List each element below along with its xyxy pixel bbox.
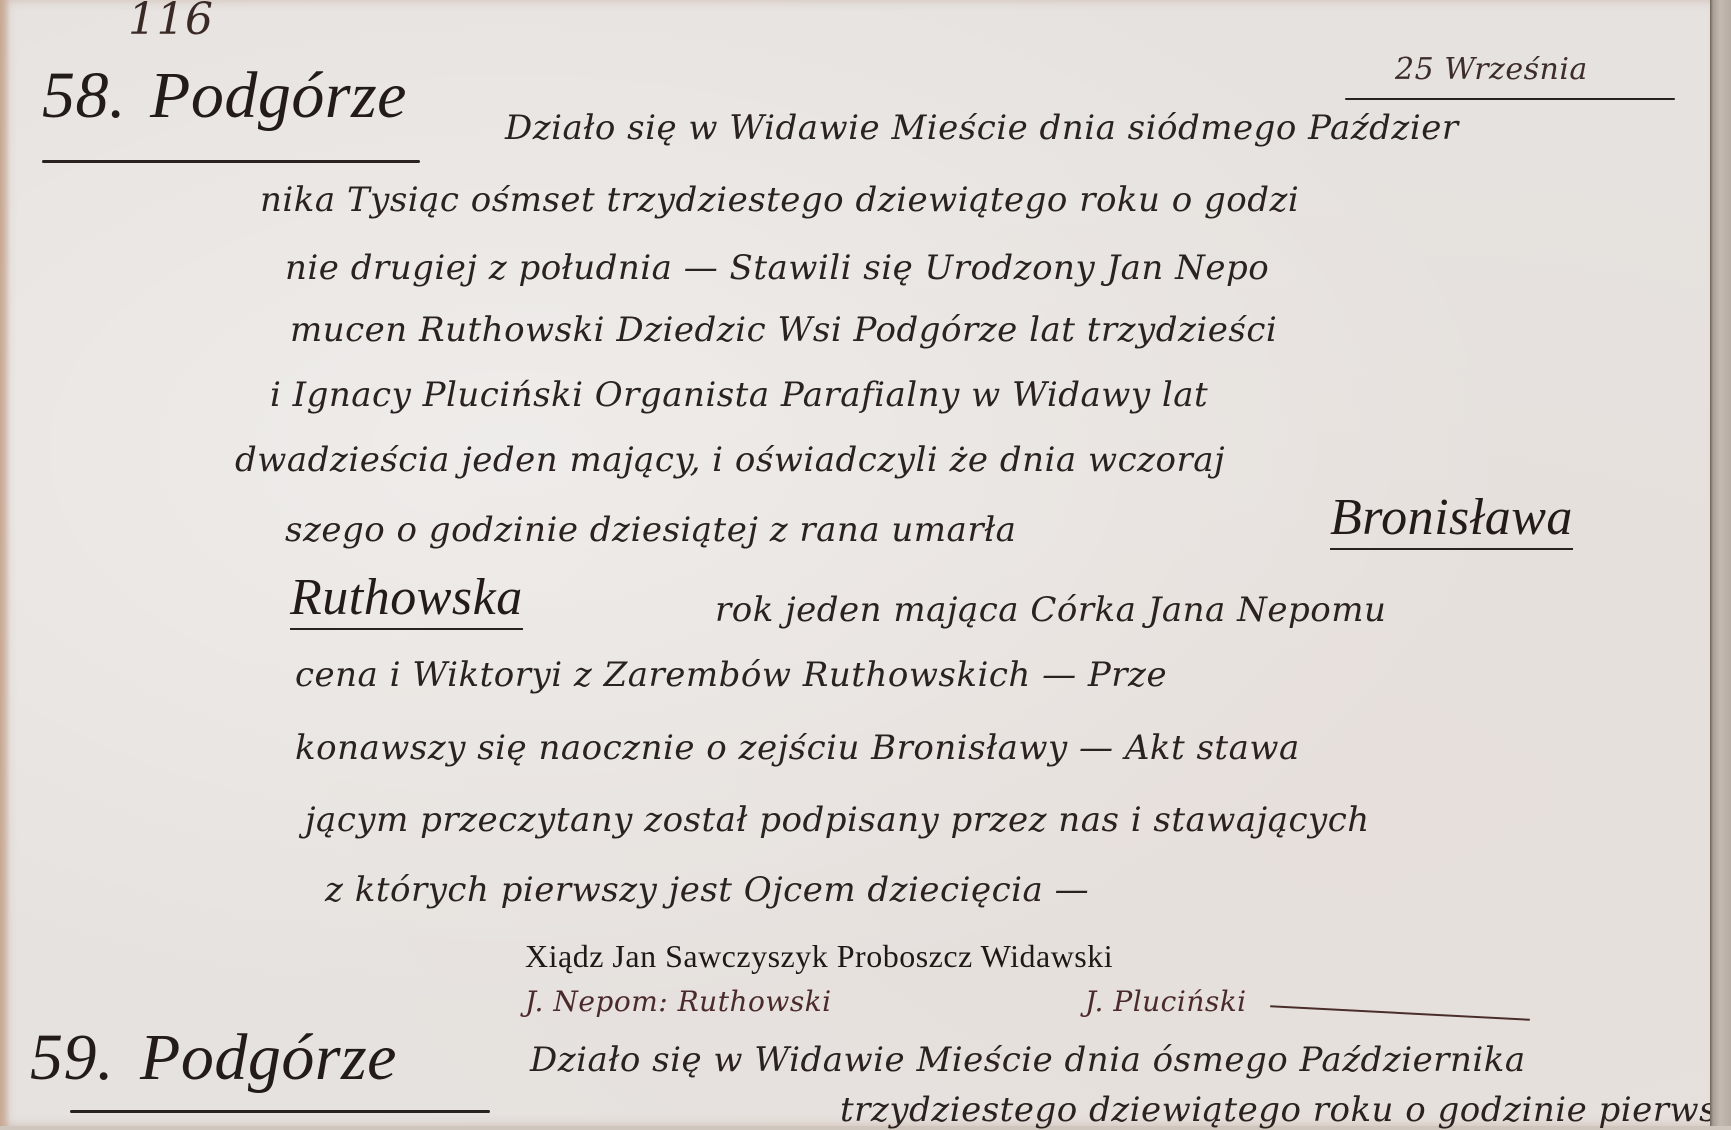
entry-58-line-5: i Ignacy Pluciński Organista Parafialny …	[270, 375, 1208, 415]
deceased-surname: Ruthowska	[290, 568, 523, 627]
entry-59-heading-underline	[70, 1110, 490, 1113]
entry-58-line-7: szego o godzinie dziesiątej z rana umarł…	[285, 510, 1016, 550]
page-number: 116	[128, 0, 213, 45]
entry-58-line-10: konawszy się naocznie o zejściu Bronisła…	[295, 728, 1300, 768]
entry-58-line-6: dwadzieścia jeden mający, i oświadczyli …	[235, 440, 1225, 480]
entry-58-line-12: z których pierwszy jest Ojcem dziecięcia…	[325, 870, 1089, 910]
entry-59-line-2: trzydziestego dziewiątego roku o godzini…	[840, 1090, 1731, 1126]
signature-priest: Xiądz Jan Sawczyszyk Proboszcz Widawski	[525, 938, 1113, 975]
entry-59-number: 59.	[30, 1020, 114, 1096]
entry-58-line-4: mucen Ruthowski Dziedzic Wsi Podgórze la…	[290, 310, 1277, 350]
entry-58-line-11: jącym przeczytany został podpisany przez…	[305, 800, 1370, 840]
entry-58-line-1: Działo się w Widawie Mieście dnia siódme…	[505, 108, 1459, 148]
signature-father: J. Nepom: Ruthowski	[525, 985, 832, 1018]
page-binding-edge	[1710, 0, 1731, 1126]
entry-58-line-8: rok jeden mająca Córka Jana Nepomu	[715, 590, 1386, 630]
entry-59-line-1: Działo się w Widawie Mieście dnia ósmego…	[530, 1040, 1526, 1080]
entry-58-heading-underline	[42, 160, 420, 163]
margin-note-date: 25 Września	[1395, 52, 1588, 87]
deceased-surname-text: Ruthowska	[290, 569, 523, 630]
entry-58-number: 58.	[42, 58, 126, 134]
signature-flourish	[1270, 1005, 1530, 1021]
entry-58-line-9: cena i Wiktoryi z Zarembów Ruthowskich —…	[295, 655, 1167, 695]
signature-witness: J. Pluciński	[1085, 985, 1247, 1018]
document-page: 116 58. Podgórze 25 Września Działo się …	[0, 0, 1712, 1126]
deceased-first-name-text: Bronisława	[1330, 489, 1573, 550]
entry-58-line-3: nie drugiej z południa — Stawili się Uro…	[285, 248, 1269, 288]
entry-58-line-2: nika Tysiąc ośmset trzydziestego dziewią…	[260, 180, 1299, 220]
entry-58-place: Podgórze	[150, 58, 407, 134]
page-left-edge	[0, 0, 10, 1126]
deceased-first-name: Bronisława	[1330, 488, 1573, 547]
entry-59-place: Podgórze	[140, 1020, 397, 1096]
margin-note-line	[1345, 98, 1675, 100]
